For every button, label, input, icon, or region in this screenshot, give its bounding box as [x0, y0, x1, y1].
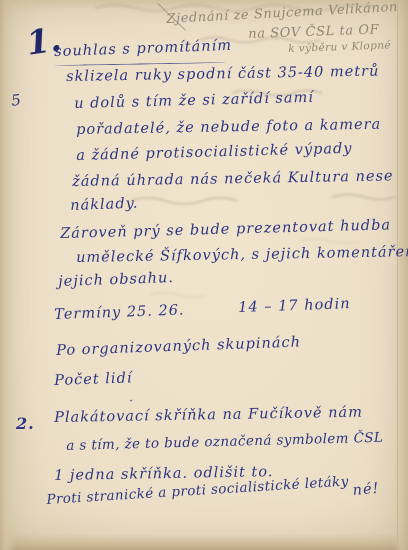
ink-line: Po organizovaných skupinách [56, 334, 301, 359]
notebook-page: Zjednání ze Snujcema Velikánon na SOV ČS… [0, 0, 408, 550]
ink-line: Plakátovací skříňka na Fučíkově nám [54, 405, 363, 426]
schedule-time: 14 – 17 hodin [238, 296, 351, 316]
ink-line: u dolů s tím že si zařídí samí [74, 90, 314, 112]
ink-line: žádná úhrada nás nečeká Kultura nese [72, 168, 394, 190]
ink-line: a žádné protisocialistické výpady [76, 141, 353, 164]
pencil-annotation-line3: k výběru v Klopné [288, 39, 391, 55]
schedule-dates: Termíny 25. 26. [54, 302, 185, 323]
ink-line: jejich obsahu. [58, 270, 174, 290]
ink-line: pořadatelé, že nebude foto a kamera [76, 117, 381, 138]
ink-line: umělecké Šífkových, s jejich komentářem [76, 244, 408, 266]
pencil-annotation-line2: na SOV ČSL ta OF [248, 22, 380, 42]
ink-line: Počet lidí [54, 370, 133, 389]
section2-number: 2. [16, 414, 35, 433]
ink-line: Zároveň prý se bude prezentovat hudba [60, 217, 391, 242]
heading-underline [54, 62, 226, 66]
trailing-word: né! [352, 481, 380, 499]
margin-side-mark: 5 [10, 91, 23, 110]
ink-line: náklady. [70, 196, 139, 214]
section1-heading: souhlas s promítáním [54, 38, 232, 60]
ink-line: sklizela ruky spodní část 35-40 metrů [66, 64, 380, 85]
ink-line: a s tím, že to bude označená symbolem ČS… [66, 430, 384, 454]
page-edge-line [397, 0, 398, 550]
